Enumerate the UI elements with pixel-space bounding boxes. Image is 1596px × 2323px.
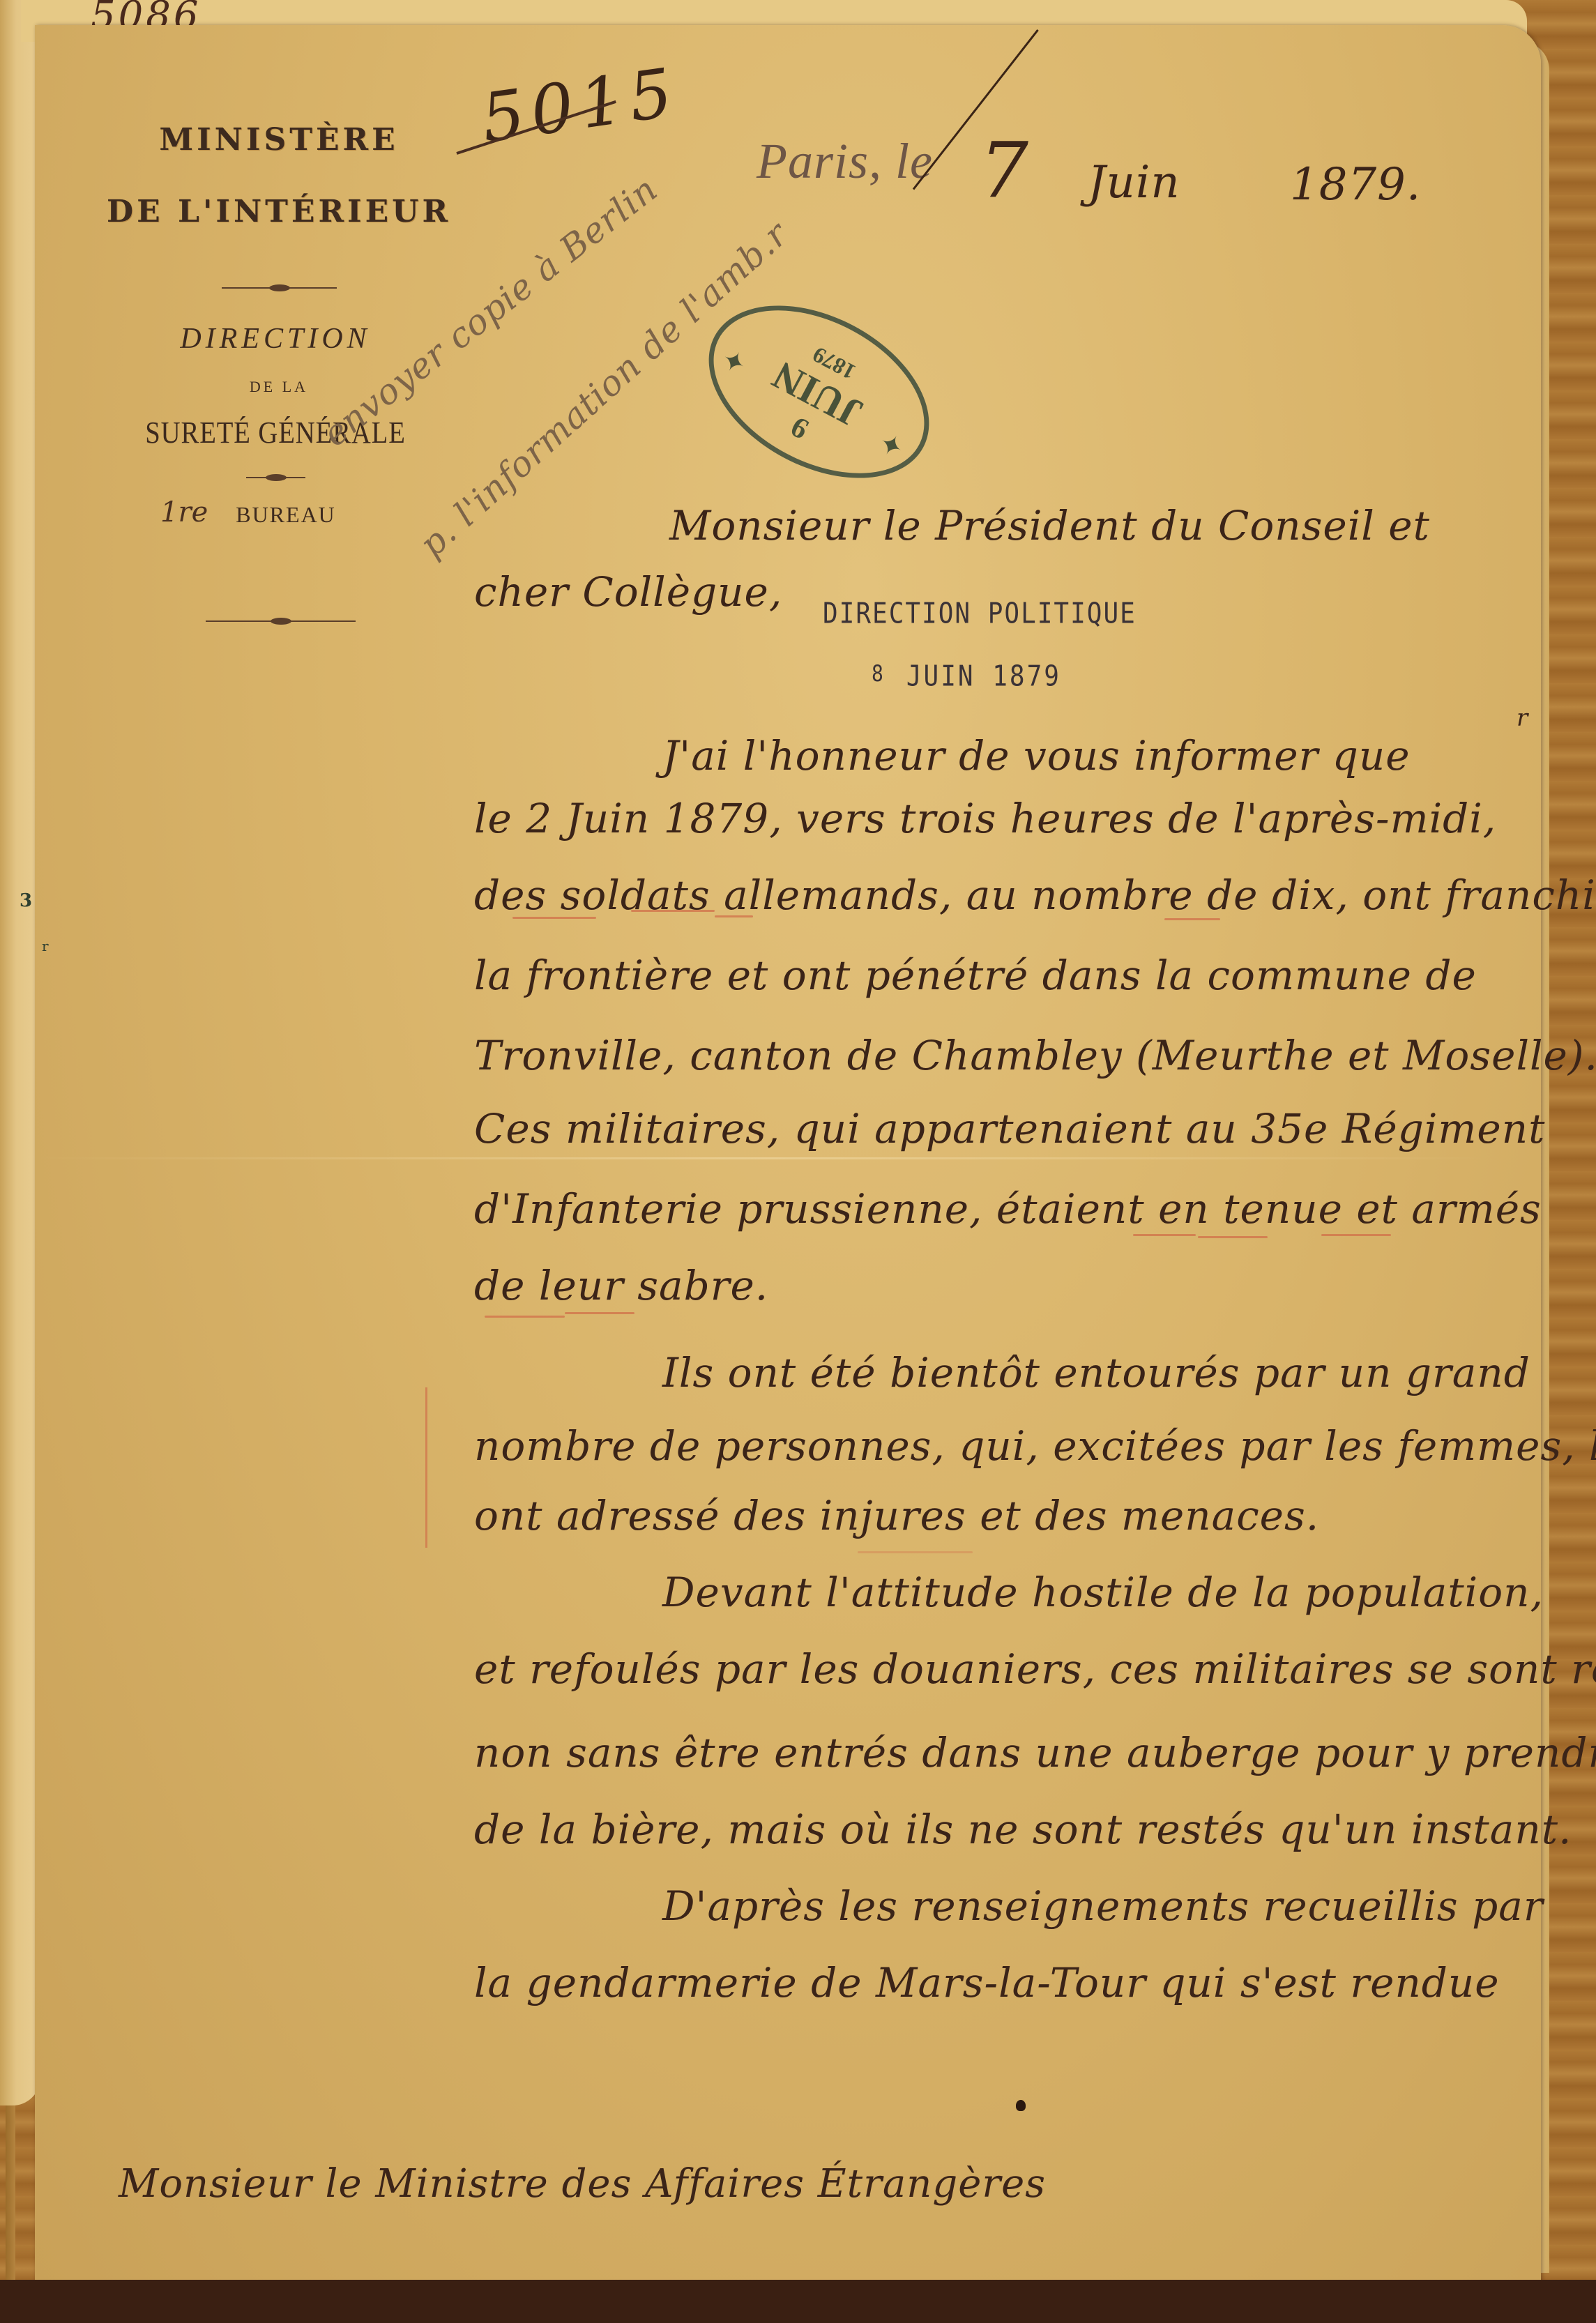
dateline-year: 1879. [1290,159,1421,211]
stamp-month-year: JUIN 1879 [906,660,1061,693]
red-margin-line [425,1387,427,1548]
body-line: d'Infanterie prussienne, étaient en tenu… [474,1185,1542,1233]
red-underline-soldats [512,917,596,919]
salutation-line2: cher Collègue, [474,568,782,616]
paper-fold-line [35,1157,1499,1159]
letterhead-small-divider [246,477,305,478]
body-line: nombre de personnes, qui, excitées par l… [474,1422,1596,1470]
letterhead-bureau: BUREAU [216,502,356,528]
letterhead-direction: DIRECTION [150,322,401,356]
body-line: de la bière, mais où ils ne sont restés … [474,1806,1572,1853]
body-line: J'ai l'honneur de vous informer que [662,732,1411,779]
red-underline-en-tenue [1133,1234,1196,1236]
body-line: le 2 Juin 1879, vers trois heures de l'a… [474,795,1496,842]
red-underline-leur [485,1316,565,1318]
addressee: Monsieur le Ministre des Affaires Étrang… [119,2161,1046,2207]
red-underline-armes [1321,1234,1391,1236]
body-line: et refoulés par les douaniers, ces milit… [474,1645,1596,1693]
body-line: D'après les renseignements recueillis pa… [662,1882,1544,1930]
direction-politique-stamp: DIRECTION POLITIQUE [823,597,1137,630]
body-line: Tronville, canton de Chambley (Meurthe e… [474,1032,1596,1079]
right-margin-mark: r [1517,704,1528,732]
salutation-line1: Monsieur le Président du Conseil et [669,502,1430,549]
ink-blot [1016,2100,1026,2111]
bureau-number: 1re [160,496,208,528]
body-line: Devant l'attitude hostile de la populati… [662,1569,1544,1616]
body-line: non sans être entrés dans une auberge po… [474,1729,1596,1776]
letterhead-de-la: DE LA [230,378,328,396]
left-margin-mark: r [42,938,49,954]
left-margin-mark: 3 [20,890,32,911]
body-line: Ils ont été bientôt entourés par un gran… [662,1349,1530,1396]
red-underline-allemands [631,910,715,912]
body-line: Ces militaires, qui appartenaient au 35e… [474,1105,1545,1152]
body-line: ont adressé des injures et des menaces. [474,1492,1319,1539]
dateline-day: 7 [980,125,1029,215]
letterhead-flourish-divider [206,620,356,622]
red-underline-menaces [858,1551,973,1553]
red-underline-sabre [565,1312,634,1314]
stamp-day: 8 [872,660,886,687]
dateline-place: Paris, le [757,132,933,190]
body-line: de leur sabre. [474,1262,768,1309]
red-underline-dix [1164,918,1220,920]
dateline-month: Juin [1088,157,1180,208]
red-underline-allemands-tail [715,915,753,917]
body-line: la frontière et ont pénétré dans la comm… [474,952,1477,999]
table-shadow [0,2280,1596,2323]
red-underline-tenue [1198,1236,1268,1238]
direction-politique-date: 8JUIN 1879 [872,660,1061,693]
letterhead-interior: DE L'INTÉRIEUR [98,194,460,229]
letterhead-ministry: MINISTÈRE [132,122,425,158]
body-line: la gendarmerie de Mars-la-Tour qui s'est… [474,1959,1500,2006]
letterhead-ornament-divider [222,287,337,289]
